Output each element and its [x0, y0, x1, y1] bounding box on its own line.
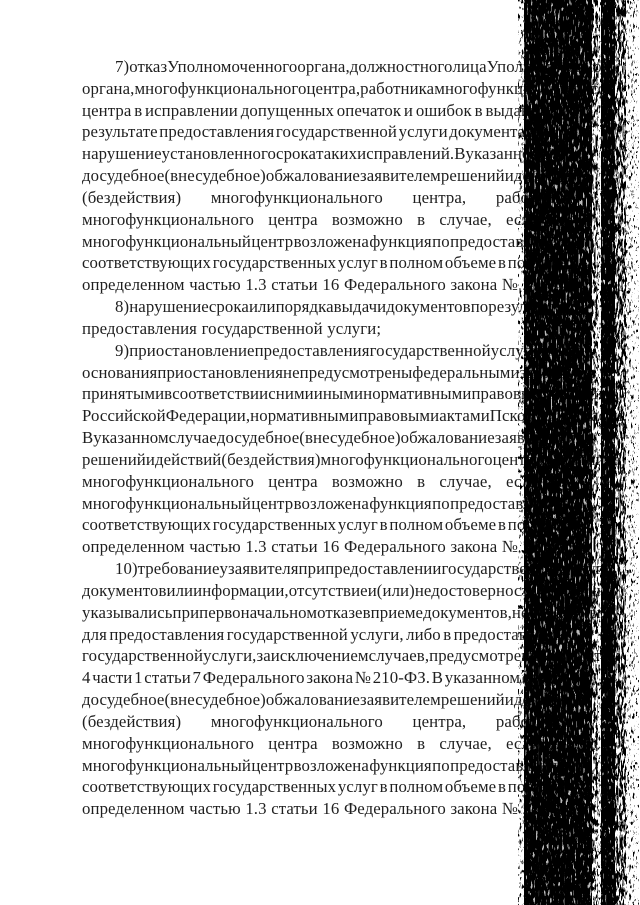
text-line: 9)приостановлениепредоставлениягосударст…: [82, 340, 570, 362]
text-line: досудебное(внесудебное)обжалованиезаявит…: [82, 689, 570, 711]
paragraph-item-8: 8)нарушениесрокаилипорядкавыдачидокумент…: [82, 296, 570, 340]
text-line: 4части1статьи7Федеральногозакона№210-ФЗ.…: [82, 667, 570, 689]
text-line: многофункциональногоцентравозможновслуча…: [82, 209, 570, 231]
text-line: многофункциональныйцентрвозложенафункция…: [82, 493, 570, 515]
text-line: определенномчастью1.3статьи16Федеральног…: [82, 536, 570, 558]
text-line: Вуказанномслучаедосудебное(внесудебное)о…: [82, 427, 570, 449]
text-line: центрависправлениидопущенныхопечатокиоши…: [82, 100, 570, 122]
text-line: многофункциональногоцентравозможновслуча…: [82, 733, 570, 755]
text-line: 8)нарушениесрокаилипорядкавыдачидокумент…: [82, 296, 570, 318]
text-line: досудебное(внесудебное)обжалованиезаявит…: [82, 165, 570, 187]
document-body-text: 7)отказУполномоченногооргана,должностног…: [82, 56, 570, 820]
text-line: принятымивсоответствииснимииныминорматив…: [82, 383, 570, 405]
text-line: 7)отказУполномоченногооргана,должностног…: [82, 56, 570, 78]
text-line: основанияприостановлениянепредусмотреныф…: [82, 362, 570, 384]
text-line: многофункциональныйцентрвозложенафункция…: [82, 231, 570, 253]
band-light-edge: [635, 0, 639, 905]
paragraph-item-7: 7)отказУполномоченногооргана,должностног…: [82, 56, 570, 296]
text-line: нарушениеустановленногосрокатакихисправл…: [82, 143, 570, 165]
text-line: решенийидействий(бездействия)многофункци…: [82, 449, 570, 471]
text-line: соответствующихгосударственныхуслугвполн…: [82, 776, 570, 798]
text-line: результатепредоставлениягосударственнойу…: [82, 121, 570, 143]
paragraph-item-9: 9)приостановлениепредоставлениягосударст…: [82, 340, 570, 558]
text-line: определенномчастью1.3статьи16Федеральног…: [82, 798, 570, 820]
text-line: указывалисьприпервоначальномотказевприем…: [82, 602, 570, 624]
text-line: документовилиинформации,отсутствиеи(или)…: [82, 580, 570, 602]
text-line: РоссийскойФедерации,нормативнымиправовым…: [82, 405, 570, 427]
text-line: дляпредоставлениягосударственнойуслуги,л…: [82, 624, 570, 646]
text-line: 10)требованиеузаявителяприпредоставлении…: [82, 558, 570, 580]
text-line: соответствующихгосударственныхуслугвполн…: [82, 252, 570, 274]
text-line: многофункциональныйцентрвозложенафункция…: [82, 755, 570, 777]
text-line: многофункциональногоцентравозможновслуча…: [82, 471, 570, 493]
text-line: (бездействия)многофункциональногоцентра,…: [82, 187, 570, 209]
text-line: государственнойуслуги,заисключениемслуча…: [82, 645, 570, 667]
paragraph-item-10: 10)требованиеузаявителяприпредоставлении…: [82, 558, 570, 820]
text-line: определенномчастью1.3статьи16Федеральног…: [82, 274, 570, 296]
scanned-page: 7)отказУполномоченногооргана,должностног…: [0, 0, 640, 905]
text-line: органа,многофункциональногоцентра,работн…: [82, 78, 570, 100]
text-line: (бездействия)многофункциональногоцентра,…: [82, 711, 570, 733]
text-line: предоставлениягосударственнойуслуги;: [82, 318, 570, 340]
text-line: соответствующихгосударственныхуслугвполн…: [82, 514, 570, 536]
